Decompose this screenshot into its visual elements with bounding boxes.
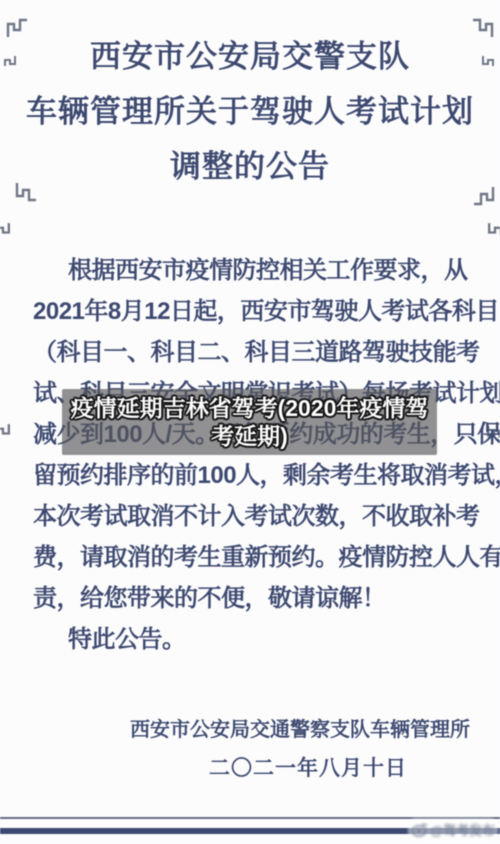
body-line: 特此公告。 <box>33 619 473 660</box>
issue-date: 二〇二一年八月十日 <box>209 757 407 781</box>
body-line: 责，给您带来的不便，敬请谅解！ <box>33 578 473 619</box>
body-line: 2021年8月12日起，西安市驾驶人考试各科目 <box>33 291 473 332</box>
edge-ornament-right-small1-icon <box>488 222 500 236</box>
announcement-body: 根据西安市疫情防控相关工作要求，从2021年8月12日起，西安市驾驶人考试各科目… <box>33 250 473 660</box>
overlay-caption-line: 疫情延期吉林省驾考(2020年疫情驾 <box>71 394 429 422</box>
body-line: 费，请取消的考生重新预约。疫情防控人人有 <box>33 537 473 578</box>
watermark-badge: @驾考发布 <box>408 818 498 840</box>
body-line: 根据西安市疫情防控相关工作要求，从 <box>33 250 473 291</box>
weibo-eye-icon <box>411 822 428 837</box>
body-line: 本次考试取消不计入考试次数，不收取补考 <box>33 496 473 537</box>
body-line: 留预约排序的前100人，剩余考生将取消考试， <box>33 455 473 496</box>
title-line: 车辆管理所关于驾驶人考试计划 <box>0 84 500 139</box>
announcement-poster: 西安市公安局交警支队车辆管理所关于驾驶人考试计划调整的公告 根据西安市疫情防控相… <box>0 0 500 844</box>
watermark-text: @驾考发布 <box>430 820 495 839</box>
overlay-caption-line: 考延期) <box>211 422 288 450</box>
issuer-signature: 西安市公安局交通警察支队车辆管理所 <box>130 718 470 742</box>
seo-caption-overlay: 疫情延期吉林省驾考(2020年疫情驾考延期) <box>62 389 437 455</box>
edge-ornament-left-small2-icon <box>0 423 10 437</box>
announcement-title: 西安市公安局交警支队车辆管理所关于驾驶人考试计划调整的公告 <box>0 29 500 194</box>
title-line: 调整的公告 <box>0 139 500 194</box>
body-line: （科目一、科目二、科目三道路驾驶技能考 <box>33 332 473 373</box>
title-line: 西安市公安局交警支队 <box>0 29 500 84</box>
edge-ornament-left-small1-icon <box>0 222 10 236</box>
